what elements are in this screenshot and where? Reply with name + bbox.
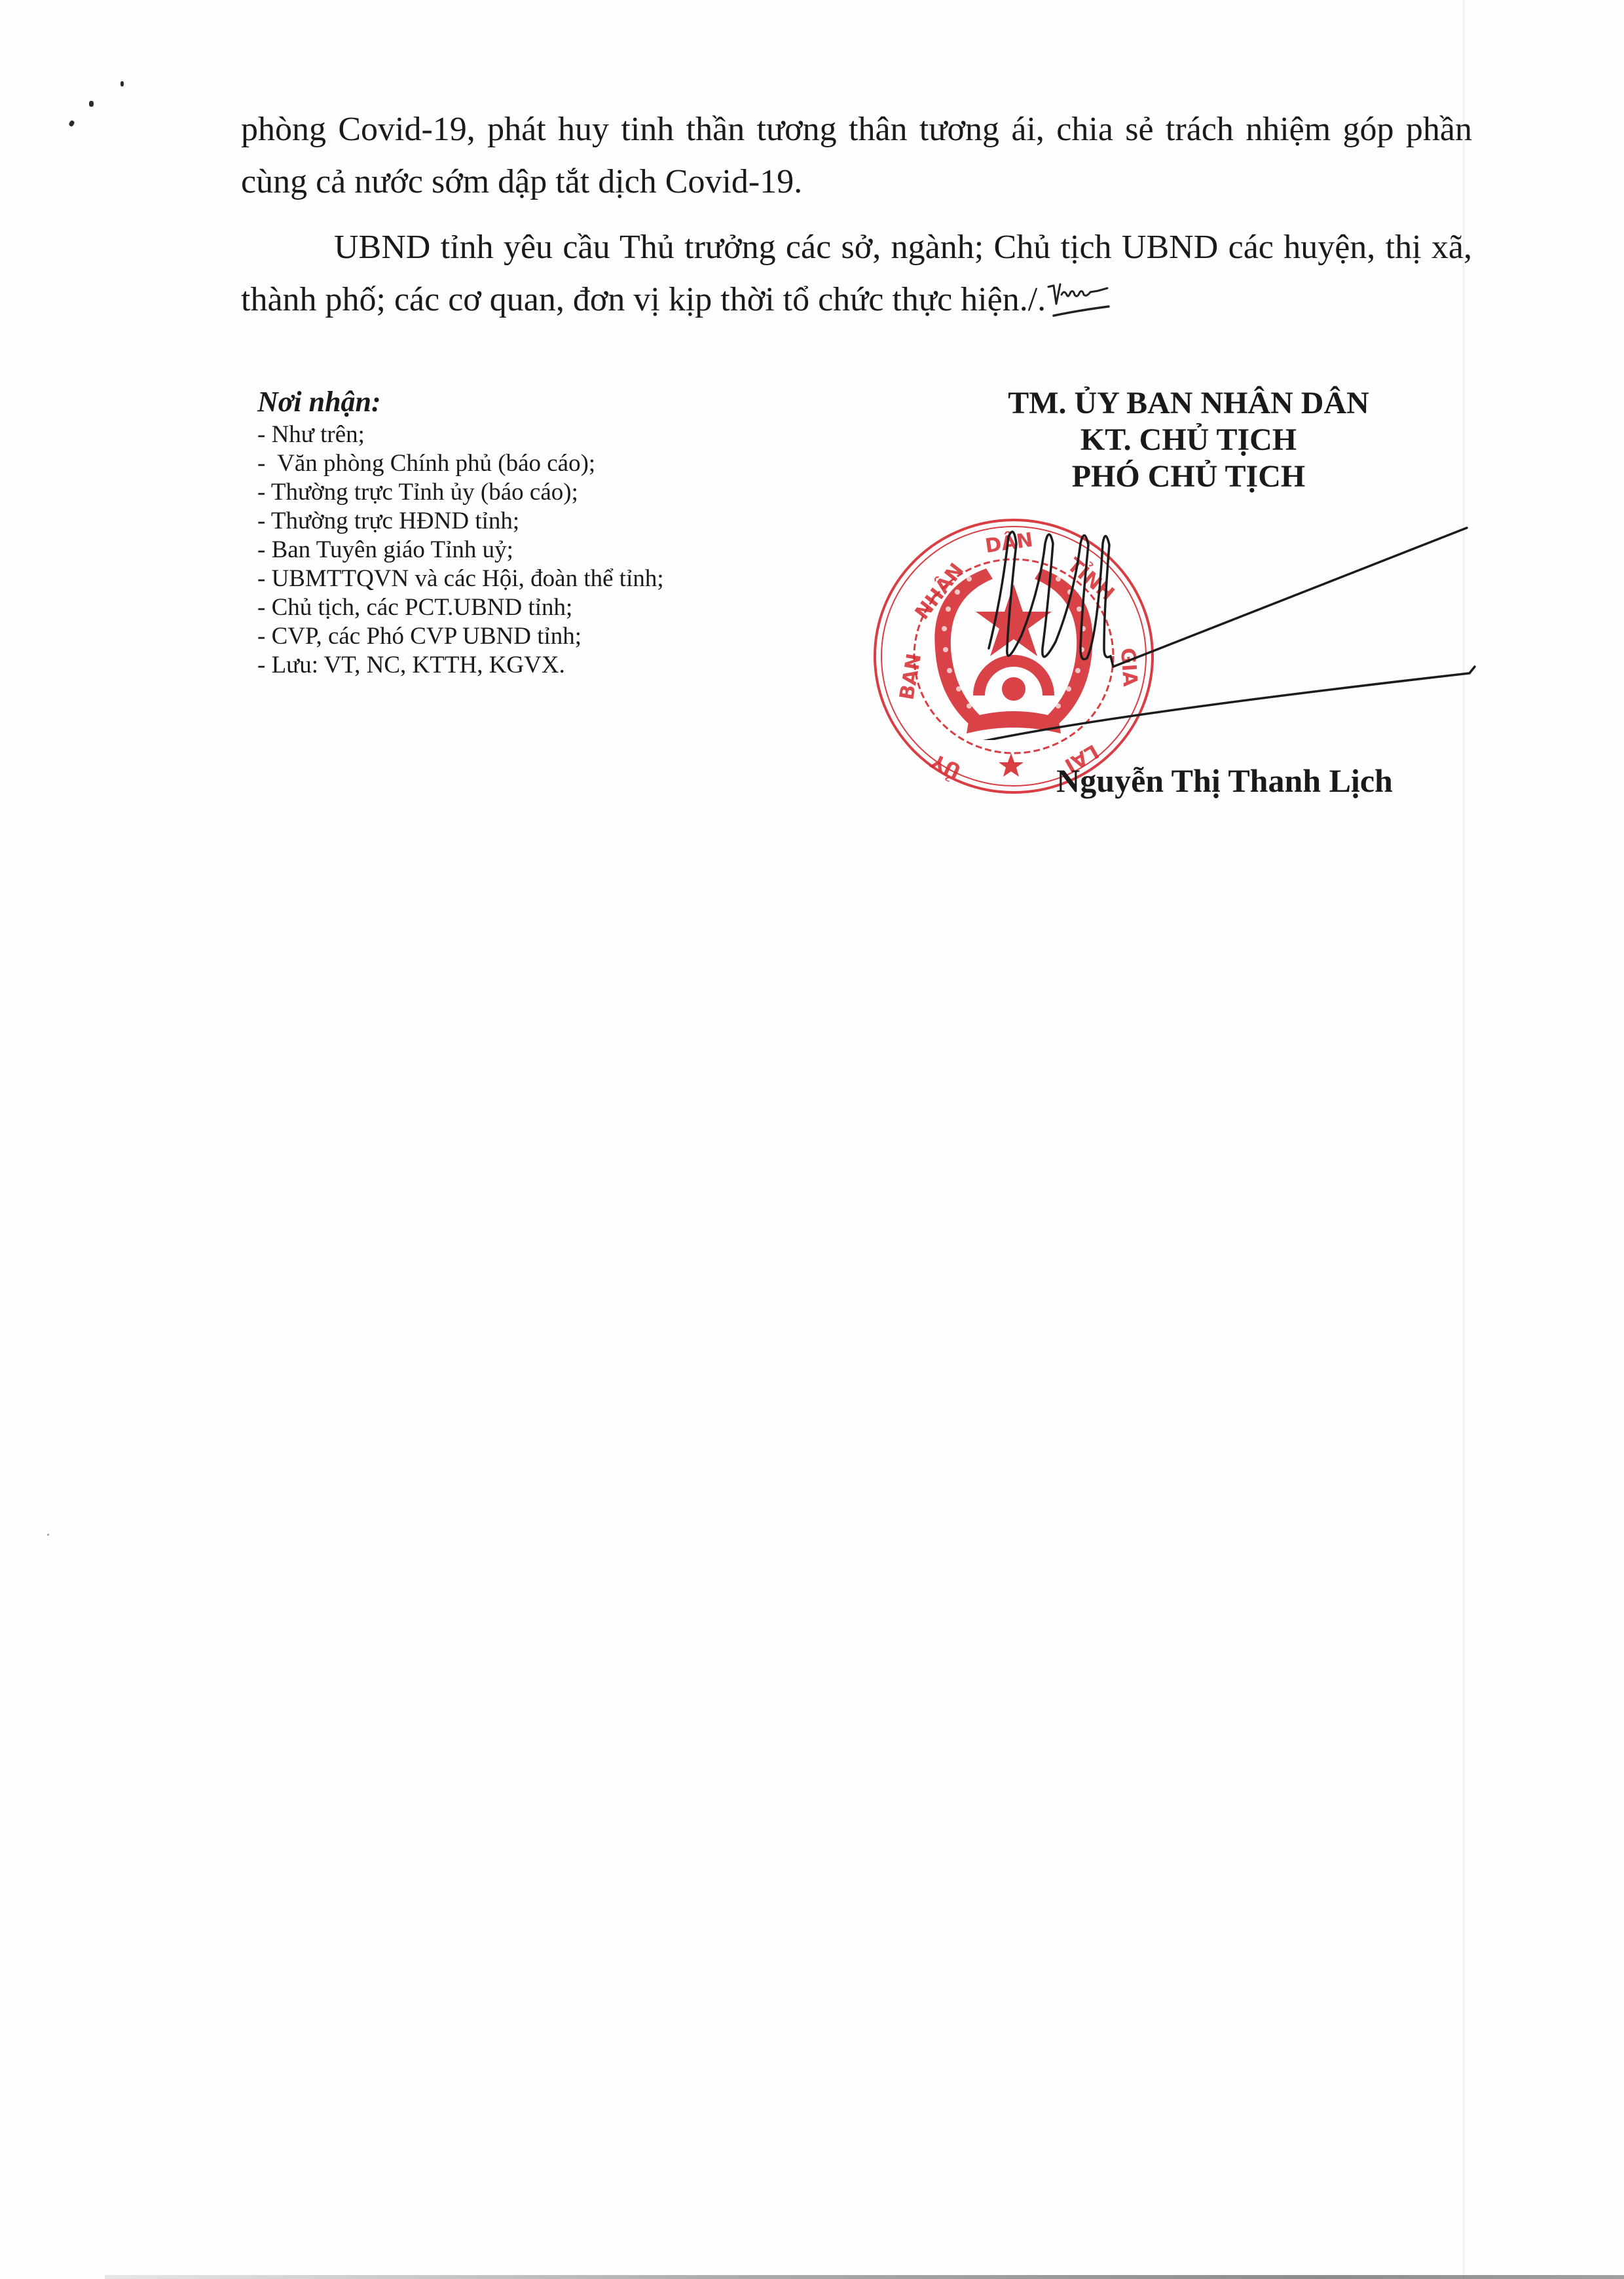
recipient-item: - UBMTTQVN và các Hội, đoàn thể tỉnh; [257,565,847,593]
recipient-item: - Thường trực HĐND tỉnh; [257,507,847,536]
recipient-item: - Như trên; [257,420,847,449]
recipient-item: - Văn phòng Chính phủ (báo cáo); [257,449,847,478]
recipient-item: - Thường trực Tỉnh ủy (báo cáo); [257,478,847,507]
scan-edge-shadow [1463,0,1465,2279]
recipient-item: - Lưu: VT, NC, KTTH, KGVX. [257,651,847,680]
scan-specks [65,79,144,138]
body-paragraph-text: UBND tỉnh yêu cầu Thủ trưởng các sở, ngà… [241,229,1472,318]
signer-name: Nguyễn Thị Thanh Lịch [917,761,1460,800]
recipients-list: Nơi nhận: - Như trên; - Văn phòng Chính … [257,385,847,680]
handwritten-initials-icon [1046,282,1111,314]
signature-title-line: PHÓ CHỦ TỊCH [917,458,1460,495]
recipient-item: - Chủ tịch, các PCT.UBND tỉnh; [257,593,847,622]
signature-authority-line: TM. ỦY BAN NHÂN DÂN [917,385,1460,422]
body-paragraph: UBND tỉnh yêu cầu Thủ trưởng các sở, ngà… [241,221,1472,326]
document-body: phòng Covid-19, phát huy tinh thần tương… [241,103,1472,326]
recipients-items: - Như trên; - Văn phòng Chính phủ (báo c… [257,420,847,680]
signature-role-line: KT. CHỦ TỊCH [917,422,1460,458]
document-page: phòng Covid-19, phát huy tinh thần tương… [0,0,1624,2279]
body-paragraph-text: phòng Covid-19, phát huy tinh thần tương… [241,111,1472,200]
scan-dot [47,1534,49,1536]
recipient-item: - Ban Tuyên giáo Tỉnh uỷ; [257,536,847,565]
signature-block: TM. ỦY BAN NHÂN DÂN KT. CHỦ TỊCH PHÓ CHỦ… [917,385,1460,495]
scan-bottom-edge [105,2275,1624,2279]
recipients-title: Nơi nhận: [257,385,847,419]
recipient-item: - CVP, các Phó CVP UBND tỉnh; [257,622,847,651]
handwritten-signature-icon [982,517,1480,740]
body-paragraph: phòng Covid-19, phát huy tinh thần tương… [241,103,1472,208]
